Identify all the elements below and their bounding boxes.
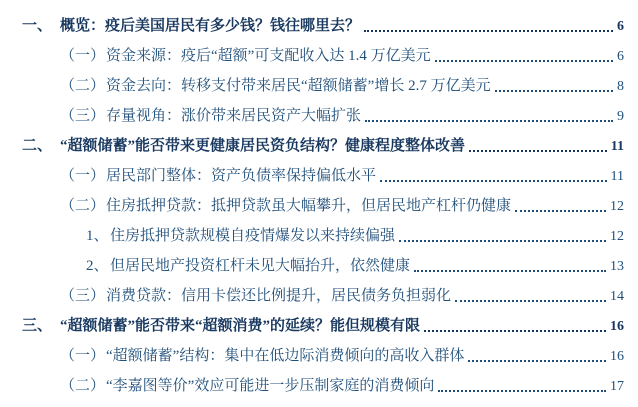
- toc-entry-section-2[interactable]: 二、 “超额储蓄”能否带来更健康居民资负结构？健康程度整体改善 11: [0, 130, 624, 160]
- toc-entry-title: “李嘉图等价”效应可能进一步压制家庭的消费倾向: [106, 374, 434, 395]
- dotted-leader: [424, 330, 606, 332]
- toc-entry-sub-2-3[interactable]: （三） 消费贷款：信用卡偿还比例提升，居民债务负担弱化 14: [0, 280, 624, 310]
- toc-entry-title: 资金来源：疫后“超额”可支配收入达 1.4 万亿美元: [106, 44, 431, 65]
- toc-entry-marker: （一）: [60, 44, 106, 65]
- toc-entry-page: 17: [610, 379, 624, 395]
- dotted-leader: [380, 180, 607, 182]
- toc-entry-marker: （一）: [60, 344, 106, 365]
- toc-entry-item-2-2-1[interactable]: 1、 住房抵押贷款规模自疫情爆发以来持续偏强 12: [0, 220, 624, 250]
- toc-entry-page: 8: [617, 79, 624, 95]
- toc-entry-marker: （二）: [60, 74, 106, 95]
- toc-entry-sub-1-1[interactable]: （一） 资金来源：疫后“超额”可支配收入达 1.4 万亿美元 6: [0, 40, 624, 70]
- toc-entry-page: 12: [610, 229, 624, 245]
- toc-entry-title: “超额储蓄”能否带来更健康居民资负结构？健康程度整体改善: [60, 134, 465, 155]
- toc-entry-title: 消费贷款：信用卡偿还比例提升，居民债务负担弱化: [106, 284, 451, 305]
- toc-entry-section-1[interactable]: 一、 概览：疫后美国居民有多少钱？钱往哪里去？ 6: [0, 10, 624, 40]
- toc-entry-title: “超额储蓄”结构：集中在低边际消费倾向的高收入群体: [106, 344, 464, 365]
- toc-entry-marker: 三、: [22, 314, 60, 335]
- dotted-leader: [438, 390, 606, 392]
- toc-entry-marker: （一）: [60, 164, 106, 185]
- toc-entry-page: 14: [610, 289, 624, 305]
- toc-entry-section-3[interactable]: 三、 “超额储蓄”能否带来“超额消费”的延续？能但规模有限 16: [0, 310, 624, 340]
- toc-entry-page: 6: [617, 19, 624, 35]
- toc-entry-page: 16: [610, 349, 624, 365]
- toc-entry-sub-2-1[interactable]: （一） 居民部门整体：资产负债率保持偏低水平 11: [0, 160, 624, 190]
- toc-entry-title: 资金去向：转移支付带来居民“超额储蓄”增长 2.7 万亿美元: [106, 74, 491, 95]
- toc-entry-page: 12: [610, 199, 624, 215]
- toc-entry-page: 16: [610, 319, 624, 335]
- toc-entry-marker: （二）: [60, 194, 106, 215]
- toc-entry-page: 11: [611, 169, 624, 185]
- toc-entry-marker: （三）: [60, 284, 106, 305]
- toc-entry-title: 概览：疫后美国居民有多少钱？钱往哪里去？: [60, 14, 360, 35]
- toc-entry-page: 13: [610, 259, 624, 275]
- dotted-leader: [455, 300, 606, 302]
- dotted-leader: [365, 120, 613, 122]
- dotted-leader: [364, 30, 613, 32]
- toc-entry-title: 住房抵押贷款规模自疫情爆发以来持续偏强: [110, 224, 395, 245]
- toc-entry-title: 存量视角：涨价带来居民资产大幅扩张: [106, 104, 361, 125]
- toc-entry-marker: 一、: [22, 14, 60, 35]
- toc-entry-title: 居民部门整体：资产负债率保持偏低水平: [106, 164, 376, 185]
- toc-entry-title: “超额储蓄”能否带来“超额消费”的延续？能但规模有限: [60, 314, 420, 335]
- toc-entry-title: 但居民地产投资杠杆未见大幅抬升，依然健康: [110, 254, 410, 275]
- dotted-leader: [399, 240, 606, 242]
- toc-entry-marker: 二、: [22, 134, 60, 155]
- toc-entry-page: 6: [617, 49, 624, 65]
- toc-entry-sub-3-2[interactable]: （二） “李嘉图等价”效应可能进一步压制家庭的消费倾向 17: [0, 370, 624, 400]
- toc-entry-item-2-2-2[interactable]: 2、 但居民地产投资杠杆未见大幅抬升，依然健康 13: [0, 250, 624, 280]
- dotted-leader: [469, 150, 607, 152]
- toc-entry-sub-2-2[interactable]: （二） 住房抵押贷款：抵押贷款虽大幅攀升，但居民地产杠杆仍健康 12: [0, 190, 624, 220]
- toc-entry-marker: （三）: [60, 104, 106, 125]
- dotted-leader: [495, 90, 613, 92]
- dotted-leader: [414, 270, 606, 272]
- toc-entry-title: 住房抵押贷款：抵押贷款虽大幅攀升，但居民地产杠杆仍健康: [106, 194, 511, 215]
- toc-entry-page: 11: [611, 139, 624, 155]
- table-of-contents: 一、 概览：疫后美国居民有多少钱？钱往哪里去？ 6 （一） 资金来源：疫后“超额…: [0, 0, 638, 400]
- toc-entry-marker: 2、: [86, 254, 110, 275]
- dotted-leader: [468, 360, 606, 362]
- toc-entry-page: 9: [617, 109, 624, 125]
- dotted-leader: [435, 60, 613, 62]
- toc-entry-sub-3-1[interactable]: （一） “超额储蓄”结构：集中在低边际消费倾向的高收入群体 16: [0, 340, 624, 370]
- toc-entry-marker: （二）: [60, 374, 106, 395]
- dotted-leader: [515, 210, 606, 212]
- toc-entry-sub-1-3[interactable]: （三） 存量视角：涨价带来居民资产大幅扩张 9: [0, 100, 624, 130]
- toc-entry-marker: 1、: [86, 224, 110, 245]
- toc-entry-sub-1-2[interactable]: （二） 资金去向：转移支付带来居民“超额储蓄”增长 2.7 万亿美元 8: [0, 70, 624, 100]
